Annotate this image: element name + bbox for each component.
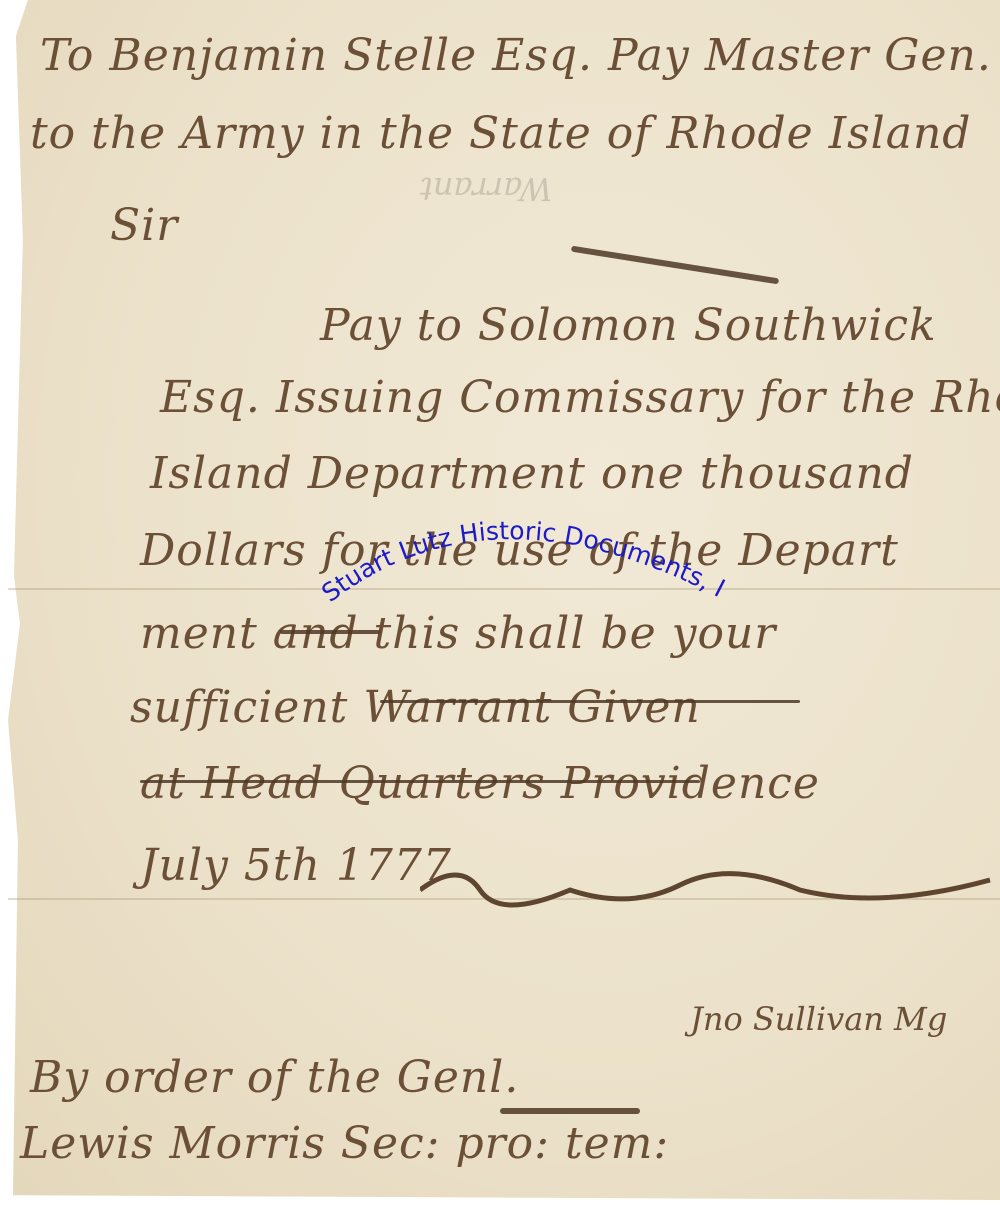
body-line-5: ment and this shall be your (140, 608, 776, 659)
signature-sullivan: Jno Sullivan Mg (690, 1000, 947, 1038)
strike-stroke (280, 630, 380, 634)
watermark: Stuart Lutz Historic Documents, Inc. (320, 488, 740, 608)
strike-stroke (380, 700, 800, 703)
body-line-2: Esq. Issuing Commissary for the Rhode (160, 372, 1000, 423)
address-line-1: To Benjamin Stelle Esq. Pay Master Gen. (40, 30, 992, 81)
salutation: Sir (110, 200, 178, 251)
bleedthrough-text: Warrant (420, 170, 552, 208)
attestation-line-2: Lewis Morris Sec: pro: tem: (20, 1118, 669, 1169)
address-line-2: to the Army in the State of Rhode Island (30, 108, 971, 159)
body-line-6: sufficient Warrant Given (130, 682, 701, 733)
strike-stroke (140, 780, 700, 783)
watermark-text: Stuart Lutz Historic Documents, Inc. (320, 488, 730, 608)
underline-stroke (500, 1108, 640, 1114)
body-line-7: at Head Quarters Providence (140, 758, 820, 809)
body-line-1: Pay to Solomon Southwick (320, 300, 937, 351)
attestation-line-1: By order of the Genl. (30, 1052, 519, 1103)
date-flourish (420, 860, 1000, 920)
svg-text:Stuart Lutz Historic Documents: Stuart Lutz Historic Documents, Inc. (320, 488, 730, 608)
body-line-8: July 5th 1777 (140, 840, 452, 891)
